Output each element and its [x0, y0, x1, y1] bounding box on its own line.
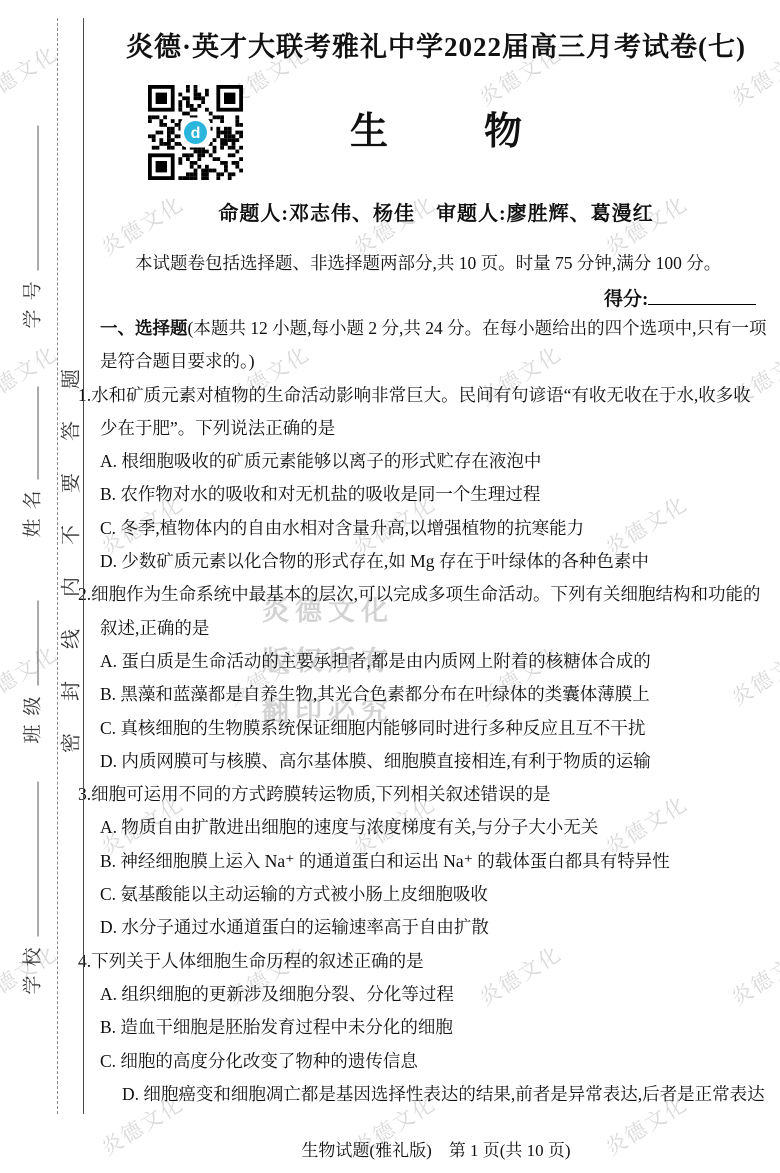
question-3-option-c: C. 氨基酸能以主动运输的方式被小肠上皮细胞吸收 — [100, 878, 767, 911]
setters-line: 命题人:邓志伟、杨佳 审题人:廖胜辉、葛漫红 — [100, 197, 772, 226]
question-2-stem: 2.细胞作为生命系统中最基本的层次,可以完成多项生命活动。下列有关细胞结构和功能… — [100, 578, 767, 645]
question-4-option-c: C. 细胞的高度分化改变了物种的遗传信息 — [100, 1045, 767, 1078]
class-label: 班级 — [23, 687, 44, 743]
exam-paper-page: 炎德文化炎德文化炎德文化炎德文化炎德文化炎德文化炎德文化炎德文化炎德文化炎德文化… — [0, 0, 780, 1173]
question-3-stem: 3.细胞可运用不同的方式跨膜转运物质,下列相关叙述错误的是 — [100, 778, 767, 811]
question-1-option-d: D. 少数矿质元素以化合物的形式存在,如 Mg 存在于叶绿体的各种色素中 — [100, 545, 767, 578]
class-blank-line — [22, 600, 39, 685]
watermark-tile: 炎德文化 — [0, 38, 63, 112]
student-id-label: 学号 — [23, 272, 44, 328]
question-2-option-c: C. 真核细胞的生物膜系统保证细胞内能够同时进行多种反应且互不干扰 — [100, 712, 767, 745]
question-1-option-a: A. 根细胞吸收的矿质元素能够以离子的形式贮存在液泡中 — [100, 445, 767, 478]
section-heading: 一、选择题(本题共 12 小题,每小题 2 分,共 24 分。在每小题给出的四个… — [100, 312, 767, 379]
score-label: 得分: — [604, 289, 648, 310]
name-blank-line — [22, 386, 39, 479]
school-blank-line — [22, 781, 39, 936]
page-footer: 生物试题(雅礼版) 第 1 页(共 10 页) — [100, 1136, 772, 1161]
question-4-option-b: B. 造血干细胞是胚胎发育过程中未分化的细胞 — [100, 1011, 767, 1044]
question-4-option-d: D. 细胞癌变和细胞凋亡都是基因选择性表达的结果,前者是异常表达,后者是正常表达 — [100, 1078, 767, 1111]
name-label: 姓名 — [23, 481, 44, 537]
seal-line-text: 密封线内不要答题 — [55, 337, 84, 753]
question-4-stem: 4.下列关于人体细胞生命历程的叙述正确的是 — [100, 945, 767, 978]
question-stem-text: 细胞作为生命系统中最基本的层次,可以完成多项生命活动。下列有关细胞结构和功能的叙… — [91, 584, 760, 637]
question-2-option-a: A. 蛋白质是生命活动的主要承担者,都是由内质网上附着的核糖体合成的 — [100, 645, 767, 678]
question-3-option-a: A. 物质自由扩散进出细胞的速度与浓度梯度有关,与分子大小无关 — [100, 811, 767, 844]
question-2-option-d: D. 内质网膜可与核膜、高尔基体膜、细胞膜直接相连,有利于物质的运输 — [100, 745, 767, 778]
subject-title: 生物 — [100, 100, 772, 155]
section-desc: (本题共 12 小题,每小题 2 分,共 24 分。在每小题给出的四个选项中,只… — [100, 318, 766, 371]
question-stem-text: 下列关于人体细胞生命历程的叙述正确的是 — [91, 951, 424, 971]
score-blank-line — [648, 285, 756, 305]
exam-title: 炎德·英才大联考雅礼中学2022届高三月考试卷(七) — [100, 25, 772, 64]
question-1-option-c: C. 冬季,植物体内的自由水相对含量升高,以增强植物的抗寒能力 — [100, 512, 767, 545]
score-field: 得分: — [604, 284, 756, 311]
question-stem-text: 细胞可运用不同的方式跨膜转运物质,下列相关叙述错误的是 — [91, 784, 550, 804]
exam-notice: 本试题卷包括选择题、非选择题两部分,共 10 页。时量 75 分钟,满分 100… — [100, 251, 766, 275]
question-stem-text: 水和矿质元素对植物的生命活动影响非常巨大。民间有句谚语“有收无收在于水,收多收少… — [91, 385, 751, 438]
subject-title-text: 生物 — [254, 111, 618, 153]
question-3-option-d: D. 水分子通过水通道蛋白的运输速率高于自由扩散 — [100, 911, 767, 944]
question-1-stem: 1.水和矿质元素对植物的生命活动影响非常巨大。民间有句谚语“有收无收在于水,收多… — [100, 379, 767, 446]
question-body: 一、选择题(本题共 12 小题,每小题 2 分,共 24 分。在每小题给出的四个… — [100, 312, 767, 1111]
class-field: 班级 — [18, 600, 45, 743]
question-1-option-b: B. 农作物对水的吸收和对无机盐的吸收是同一个生理过程 — [100, 478, 767, 511]
name-field: 姓名 — [18, 386, 45, 537]
student-id-field: 学号 — [18, 125, 45, 328]
school-field: 学校 — [18, 781, 45, 994]
question-4-option-a: A. 组织细胞的更新涉及细胞分裂、分化等过程 — [100, 978, 767, 1011]
question-number: 3. — [78, 784, 91, 804]
question-2-option-b: B. 黑藻和蓝藻都是自养生物,其光合色素都分布在叶绿体的类囊体薄膜上 — [100, 678, 767, 711]
question-number: 4. — [78, 951, 91, 971]
school-label: 学校 — [23, 938, 44, 994]
section-title: 一、选择题 — [100, 318, 188, 338]
question-3-option-b: B. 神经细胞膜上运入 Na⁺ 的通道蛋白和运出 Na⁺ 的载体蛋白都具有特异性 — [100, 845, 767, 878]
student-id-blank-line — [22, 125, 39, 270]
